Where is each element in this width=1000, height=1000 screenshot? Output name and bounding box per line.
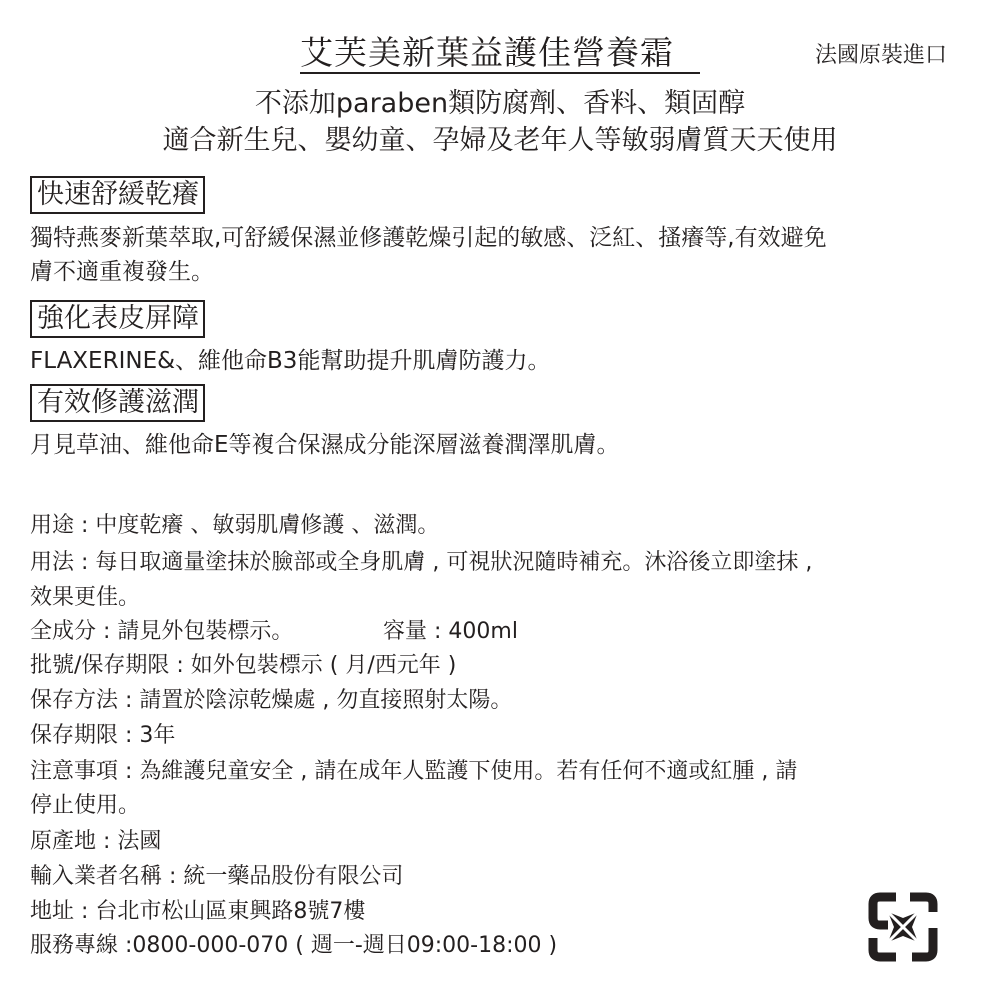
feature-text-soothing-2: 膚不適重複發生。 bbox=[30, 255, 214, 289]
info-usage: 用途 : 中度乾癢 、敏弱肌膚修護 、滋潤。 bbox=[30, 510, 439, 542]
origin-badge: 法國原裝進口 bbox=[815, 41, 947, 71]
feature-text-barrier-1: FLAXERINE&、維他命B3能幫助提升肌膚防護力。 bbox=[30, 344, 550, 378]
info-importer: 輸入業者名稱 : 統一藥品股份有限公司 bbox=[30, 861, 403, 893]
info-ingredients: 全成分 : 請見外包裝標示。 bbox=[30, 616, 293, 648]
feature-text-soothing-1: 獨特燕麥新葉萃取,可舒緩保濕並修護乾燥引起的敏感、泛紅、搔癢等,有效避免 bbox=[30, 221, 827, 255]
info-hotline: 服務專線 :0800-000-070 ( 週一-週日09:00-18:00 ) bbox=[30, 930, 557, 962]
product-title: 艾芙美新葉益護佳營養霜 bbox=[300, 32, 674, 74]
info-directions-2: 效果更佳。 bbox=[30, 582, 140, 614]
feature-text-repair-1: 月見草油、維他命E等複合保濕成分能深層滋養潤澤肌膚。 bbox=[30, 428, 620, 462]
info-batch-expiry: 批號/保存期限 : 如外包裝標示 ( 月/西元年 ) bbox=[30, 650, 456, 682]
info-origin: 原產地 : 法國 bbox=[30, 826, 161, 858]
info-storage: 保存方法 : 請置於陰涼乾燥處 , 勿直接照射太陽。 bbox=[30, 685, 512, 717]
subtitle-line-1: 不添加paraben類防腐劑、香料、類固醇 bbox=[0, 86, 1000, 122]
info-caution-1: 注意事項 : 為維護兒童安全 , 請在成年人監護下使用。若有任何不適或紅腫 , … bbox=[30, 756, 797, 788]
info-address: 地址 : 台北市松山區東興路8號7樓 bbox=[30, 896, 365, 928]
feature-heading-barrier: 強化表皮屏障 bbox=[30, 300, 205, 338]
info-caution-2: 停止使用。 bbox=[30, 790, 140, 822]
subtitle-line-2: 適合新生兒、嬰幼童、孕婦及老年人等敏弱膚質天天使用 bbox=[0, 123, 1000, 159]
info-directions-1: 用法 : 每日取適量塗抹於臉部或全身肌膚 , 可視狀況隨時補充。沐浴後立即塗抹 … bbox=[30, 547, 812, 579]
info-shelf-life: 保存期限 : 3年 bbox=[30, 720, 175, 752]
feature-heading-soothing: 快速舒緩乾癢 bbox=[30, 176, 205, 214]
recycle-icon bbox=[866, 890, 940, 964]
feature-heading-repair: 有效修護滋潤 bbox=[30, 384, 205, 422]
info-volume: 容量 : 400ml bbox=[383, 616, 518, 648]
title-underline bbox=[300, 72, 700, 74]
